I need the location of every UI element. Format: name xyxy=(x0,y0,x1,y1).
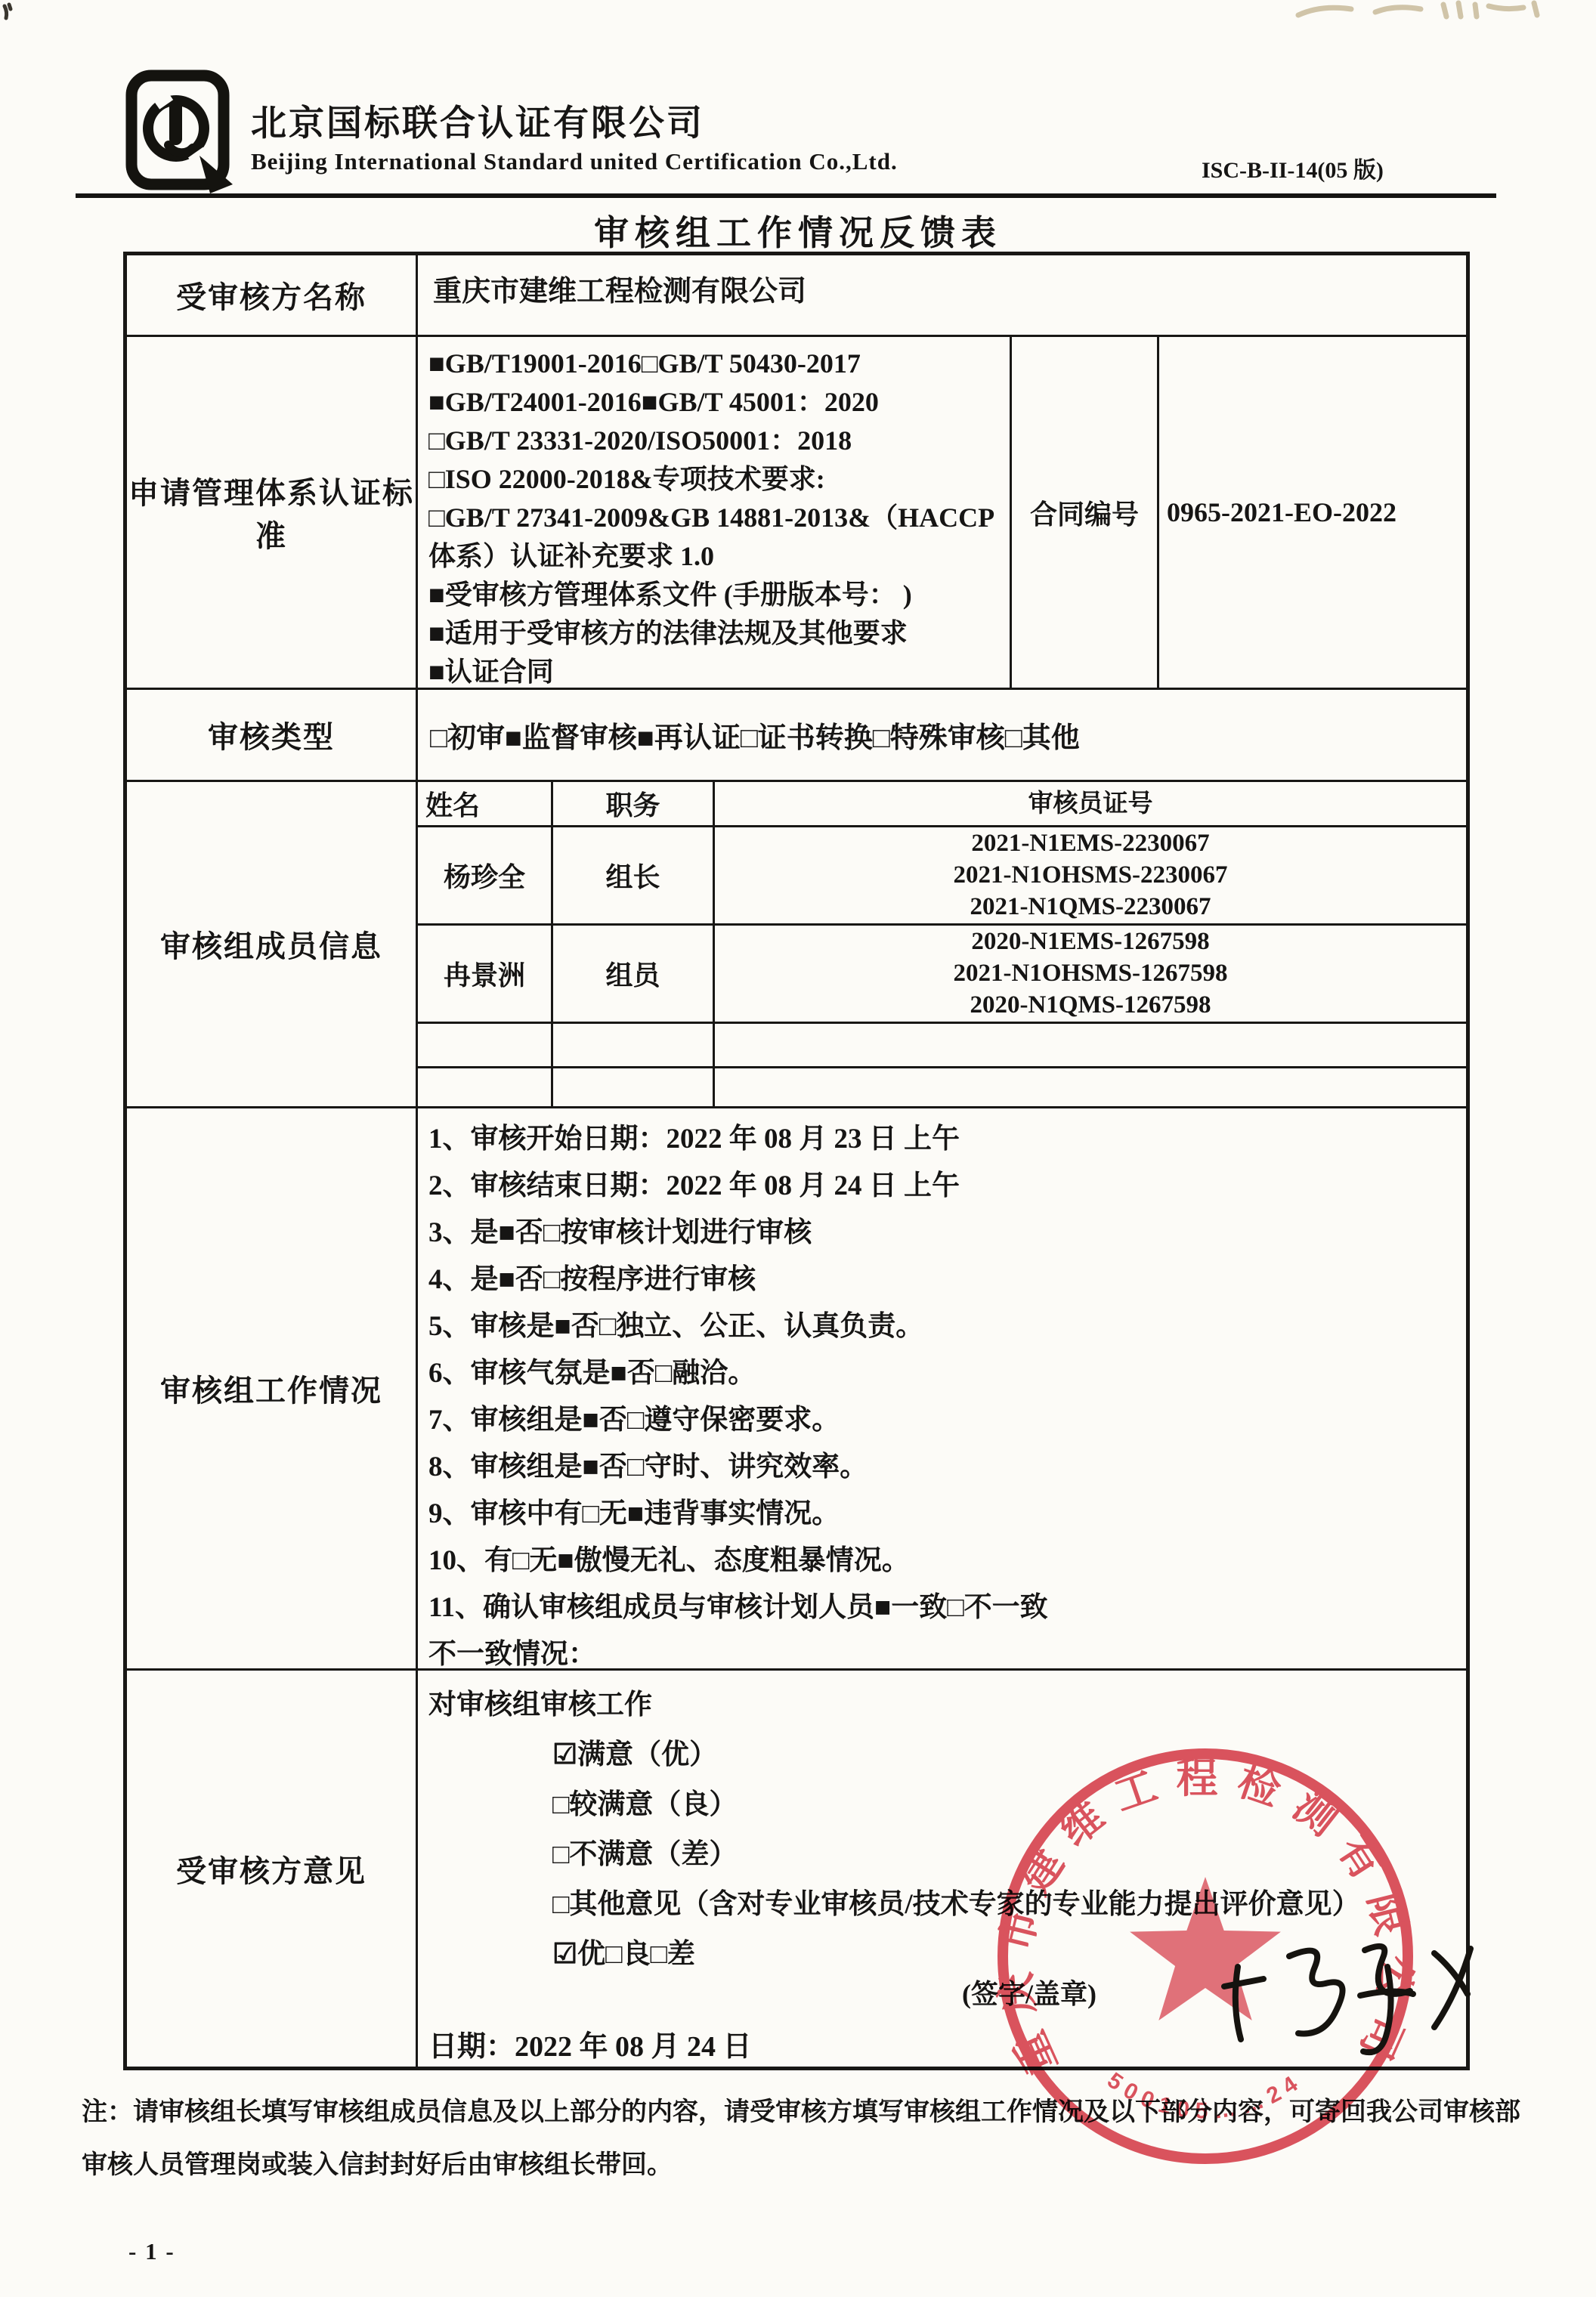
row-work-status: 审核组工作情况 1、审核开始日期：2022 年 08 月 23 日 上午 2、审… xyxy=(127,1106,1466,1668)
member-name: 冉景洲 xyxy=(418,926,553,1022)
cert-number: 2021-N1QMS-2230067 xyxy=(970,891,1211,923)
row-audit-type: 审核类型 □初审■监督审核■再认证□证书转换□特殊审核□其他 xyxy=(127,688,1466,780)
team-member-row-empty xyxy=(418,1022,1466,1067)
standard-line: □ISO 22000-2018&专项技术要求: xyxy=(428,460,1010,499)
opinion-label: 受审核方意见 xyxy=(127,1671,418,2067)
member-role xyxy=(553,1068,715,1106)
standard-line: ■适用于受审核方的法律法规及其他要求 xyxy=(428,614,1010,653)
cert-number: 2020-N1EMS-1267598 xyxy=(971,926,1209,957)
company-name-cn: 北京国标联合认证有限公司 xyxy=(251,95,704,146)
scan-speck xyxy=(0,2,30,32)
opinion-option: □较满意（良） xyxy=(552,1781,737,1822)
cert-number: 2021-N1OHSMS-2230067 xyxy=(954,859,1228,891)
opinion-option: ☑优□良□差 xyxy=(552,1931,695,1971)
scan-smudge xyxy=(1285,0,1572,21)
certification-logo-icon xyxy=(125,70,239,199)
work-status-item: 7、审核组是■否□遵守保密要求。 xyxy=(428,1397,1466,1444)
member-certs: 2020-N1EMS-1267598 2021-N1OHSMS-1267598 … xyxy=(715,926,1466,1022)
standard-line: □GB/T 27341-2009&GB 14881-2013&（HACCP体系）… xyxy=(428,499,1010,576)
member-role xyxy=(553,1024,715,1067)
opinion-option: □不满意（差） xyxy=(552,1831,737,1872)
contract-number-value: 0965-2021-EO-2022 xyxy=(1159,337,1466,688)
col-header-role: 职务 xyxy=(553,782,715,825)
member-role: 组员 xyxy=(553,926,715,1022)
row-auditee: 受审核方名称 重庆市建维工程检测有限公司 xyxy=(127,255,1466,335)
standard-line: ■GB/T24001-2016■GB/T 45001：2020 xyxy=(428,383,1010,422)
col-header-cert: 审核员证号 xyxy=(715,782,1466,825)
scanned-form-page: 北京国标联合认证有限公司 Beijing International Stand… xyxy=(0,0,1596,2297)
company-name-en: Beijing International Standard united Ce… xyxy=(251,148,898,175)
col-header-name: 姓名 xyxy=(418,782,553,825)
team-subtable: 姓名 职务 审核员证号 杨珍全 组长 2021-N1EMS-2230067 20… xyxy=(418,782,1466,1106)
header-rule xyxy=(76,193,1496,198)
team-member-row: 杨珍全 组长 2021-N1EMS-2230067 2021-N1OHSMS-2… xyxy=(418,825,1466,923)
contract-number-label: 合同编号 xyxy=(1012,337,1159,688)
standard-line: □GB/T 23331-2020/ISO50001：2018 xyxy=(428,422,1010,460)
team-label: 审核组成员信息 xyxy=(127,782,418,1106)
team-member-row: 冉景洲 组员 2020-N1EMS-1267598 2021-N1OHSMS-1… xyxy=(418,923,1466,1022)
member-name xyxy=(418,1024,553,1067)
page-number: - 1 - xyxy=(128,2238,175,2265)
work-status-item: 6、审核气氛是■否□融洽。 xyxy=(428,1350,1466,1397)
member-certs: 2021-N1EMS-2230067 2021-N1OHSMS-2230067 … xyxy=(715,827,1466,923)
work-status-label: 审核组工作情况 xyxy=(127,1108,418,1668)
auditee-label: 受审核方名称 xyxy=(127,255,418,335)
row-team: 审核组成员信息 姓名 职务 审核员证号 杨珍全 组长 2021-N1EMS-22… xyxy=(127,780,1466,1106)
work-status-item: 11、确认审核组成员与审核计划人员■一致□不一致 xyxy=(428,1584,1466,1631)
cert-number: 2021-N1OHSMS-1267598 xyxy=(954,957,1228,989)
svg-text:500105……24: 500105……24 xyxy=(1103,2068,1308,2124)
form-code: ISC-B-II-14(05 版) xyxy=(1202,151,1384,184)
team-member-row-empty xyxy=(418,1066,1466,1106)
work-status-item: 4、是■否□按程序进行审核 xyxy=(428,1257,1466,1303)
auditee-value: 重庆市建维工程检测有限公司 xyxy=(418,255,1466,335)
audit-type-value: □初审■监督审核■再认证□证书转换□特殊审核□其他 xyxy=(418,690,1466,780)
work-status-item: 1、审核开始日期：2022 年 08 月 23 日 上午 xyxy=(428,1116,1466,1163)
standard-line: ■GB/T19001-2016□GB/T 50430-2017 xyxy=(428,345,1010,383)
standards-list: ■GB/T19001-2016□GB/T 50430-2017 ■GB/T240… xyxy=(418,337,1012,688)
audit-type-label: 审核类型 xyxy=(127,690,418,780)
work-status-item: 8、审核组是■否□守时、讲究效率。 xyxy=(428,1444,1466,1491)
page-title: 审核组工作情况反馈表 xyxy=(0,206,1596,255)
team-header-row: 姓名 职务 审核员证号 xyxy=(418,782,1466,825)
standard-line: ■受审核方管理体系文件 (手册版本号： ) xyxy=(428,576,1010,614)
work-status-item: 9、审核中有□无■违背事实情况。 xyxy=(428,1491,1466,1538)
cert-number: 2021-N1EMS-2230067 xyxy=(971,827,1209,859)
member-name xyxy=(418,1068,553,1106)
opinion-heading: 对审核组审核工作 xyxy=(428,1681,652,1722)
work-status-item: 10、有□无■傲慢无礼、态度粗暴情况。 xyxy=(428,1538,1466,1584)
work-status-item: 5、审核是■否□独立、公正、认真负责。 xyxy=(428,1303,1466,1350)
member-name: 杨珍全 xyxy=(418,827,553,923)
standards-label: 申请管理体系认证标准 xyxy=(127,337,418,688)
member-role: 组长 xyxy=(553,827,715,923)
opinion-option: ☑满意（优） xyxy=(552,1731,717,1772)
work-status-list: 1、审核开始日期：2022 年 08 月 23 日 上午 2、审核结束日期：20… xyxy=(418,1108,1466,1668)
seal-number-text: 500105……24 xyxy=(1103,2068,1308,2124)
member-certs xyxy=(715,1024,1466,1067)
work-status-item: 2、审核结束日期：2022 年 08 月 24 日 上午 xyxy=(428,1163,1466,1210)
work-status-item: 3、是■否□按审核计划进行审核 xyxy=(428,1210,1466,1257)
cert-number: 2020-N1QMS-1267598 xyxy=(970,989,1211,1021)
signature-handwriting xyxy=(1217,1923,1489,2074)
member-certs xyxy=(715,1068,1466,1106)
row-standards: 申请管理体系认证标准 ■GB/T19001-2016□GB/T 50430-20… xyxy=(127,335,1466,688)
opinion-date: 日期：2022 年 08 月 24 日 xyxy=(428,2023,752,2064)
standard-line: ■认证合同 xyxy=(428,653,1010,691)
